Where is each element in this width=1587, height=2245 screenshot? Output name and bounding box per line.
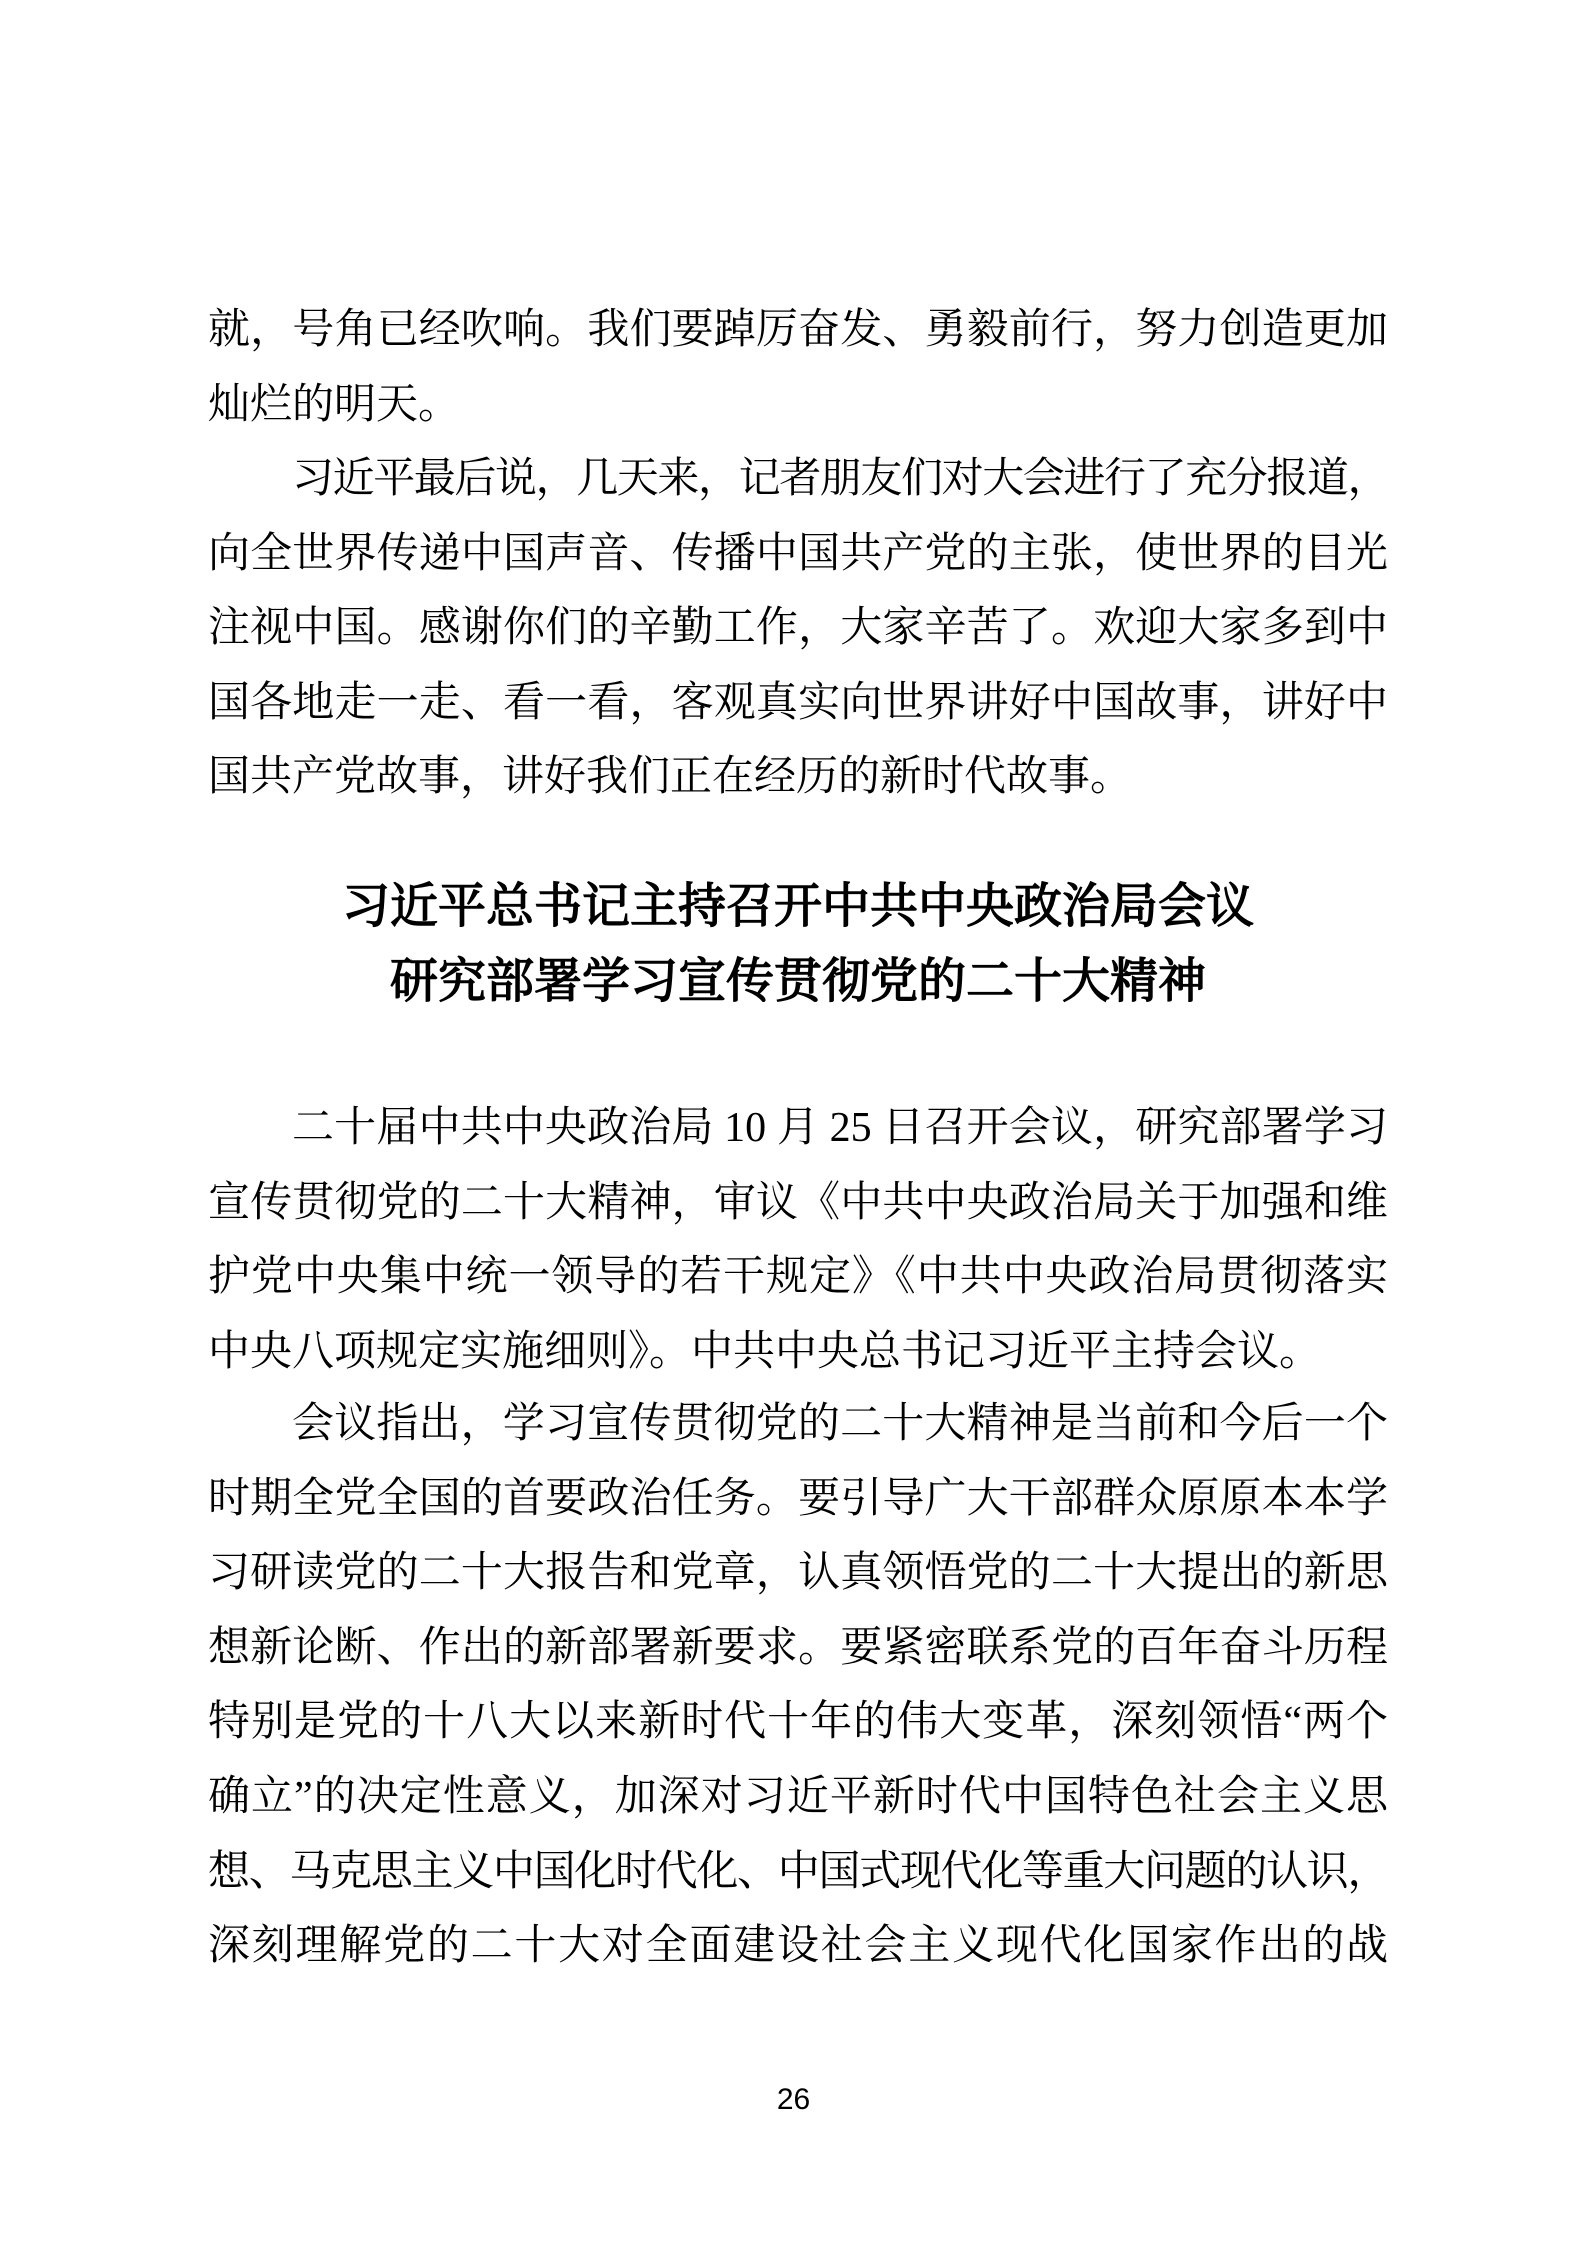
- article-title: 习近平总书记主持召开中共中央政治局会议研究部署学习宣传贯彻党的二十大精神: [208, 869, 1388, 1019]
- text-line: 特别是党的十八大以来新时代十年的伟大变革，深刻领悟“两个: [208, 1685, 1388, 1760]
- heading-line: 习近平总书记主持召开中共中央政治局会议: [208, 869, 1388, 944]
- text-line: 宣传贯彻党的二十大精神，审议《中共中央政治局关于加强和维: [208, 1166, 1388, 1241]
- text-line: 中央八项规定实施细则》。中共中央总书记习近平主持会议。: [208, 1315, 1388, 1390]
- paragraph-continuation: 就，号角已经吹响。我们要踔厉奋发、勇毅前行，努力创造更加灿烂的明天。: [208, 293, 1388, 442]
- text-line: 确立”的决定性意义，加深对习近平新时代中国特色社会主义思: [208, 1760, 1388, 1835]
- paragraph-meeting-points: 会议指出，学习宣传贯彻党的二十大精神是当前和今后一个时期全党全国的首要政治任务。…: [208, 1387, 1388, 1984]
- text-line: 想新论断、作出的新部署新要求。要紧密联系党的百年奋斗历程: [208, 1611, 1388, 1686]
- text-line: 灿烂的明天。: [208, 368, 1388, 443]
- text-line: 想、马克思主义中国化时代化、中国式现代化等重大问题的认识，: [208, 1835, 1388, 1910]
- text-line: 时期全党全国的首要政治任务。要引导广大干部群众原原本本学: [208, 1462, 1388, 1537]
- document-page: 就，号角已经吹响。我们要踔厉奋发、勇毅前行，努力创造更加灿烂的明天。 习近平最后…: [0, 0, 1587, 2245]
- text-line: 深刻理解党的二十大对全面建设社会主义现代化国家作出的战: [208, 1909, 1388, 1984]
- heading-line: 研究部署学习宣传贯彻党的二十大精神: [208, 944, 1388, 1019]
- paragraph-xi-closing-remarks: 习近平最后说，几天来，记者朋友们对大会进行了充分报道，向全世界传递中国声音、传播…: [208, 442, 1388, 815]
- text-line: 习研读党的二十大报告和党章，认真领悟党的二十大提出的新思: [208, 1536, 1388, 1611]
- text-line: 会议指出，学习宣传贯彻党的二十大精神是当前和今后一个: [208, 1387, 1388, 1462]
- page-number: 26: [0, 2083, 1587, 2117]
- text-line: 护党中央集中统一领导的若干规定》《中共中央政治局贯彻落实: [208, 1240, 1388, 1315]
- text-line: 习近平最后说，几天来，记者朋友们对大会进行了充分报道，: [208, 442, 1388, 517]
- text-line: 向全世界传递中国声音、传播中国共产党的主张，使世界的目光: [208, 517, 1388, 592]
- text-line: 就，号角已经吹响。我们要踔厉奋发、勇毅前行，努力创造更加: [208, 293, 1388, 368]
- text-line: 国各地走一走、看一看，客观真实向世界讲好中国故事，讲好中: [208, 666, 1388, 741]
- text-line: 注视中国。感谢你们的辛勤工作，大家辛苦了。欢迎大家多到中: [208, 591, 1388, 666]
- text-line: 国共产党故事，讲好我们正在经历的新时代故事。: [208, 740, 1388, 815]
- paragraph-politburo-meeting: 二十届中共中央政治局 10 月 25 日召开会议，研究部署学习宣传贯彻党的二十大…: [208, 1091, 1388, 1389]
- text-line: 二十届中共中央政治局 10 月 25 日召开会议，研究部署学习: [208, 1091, 1388, 1166]
